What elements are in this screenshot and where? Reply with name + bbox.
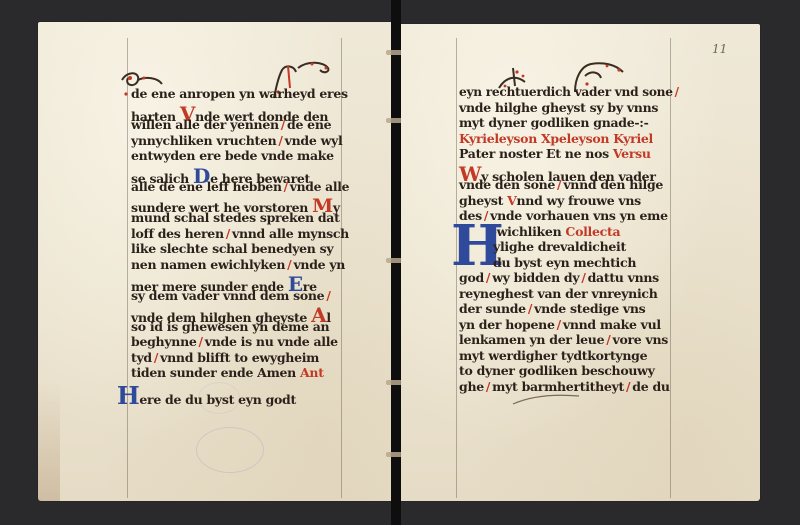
text-line: tiden sunder ende Amen Ant — [131, 365, 324, 380]
text-line: de ene anropen yn warheyd eres — [131, 86, 348, 101]
manuscript-spread: de ene anropen yn warheyd eres harten Vn… — [0, 0, 800, 525]
text-line: god/wy bidden dy/dattu vnns — [459, 270, 659, 285]
text-line: vnde den sone/vnnd den hilge — [459, 177, 663, 192]
rubric-antiphon: Ant — [300, 365, 324, 380]
text-line: alle de ene leff hebben/vnde alle — [131, 179, 349, 194]
text-line: gheyst Vnnd wy frouwe vns — [459, 193, 641, 208]
folio-number: 11 — [712, 42, 727, 56]
rubric-kyrie: Kyrieleyson Xpeleyson Kyriel — [459, 131, 653, 146]
left-page: de ene anropen yn warheyd eres harten Vn… — [38, 22, 391, 501]
right-margin-rule — [670, 38, 671, 498]
rubric-versus: Versu — [613, 146, 651, 161]
text-line: willen alle der yennen/de ene — [131, 117, 331, 132]
text-line: entwyden ere bede vnde make — [131, 148, 334, 163]
water-stain — [196, 427, 264, 473]
text-line: beghynne/vnde is nu vnde alle — [131, 334, 338, 349]
rubric-collecta: Collecta — [565, 224, 620, 239]
text-line: ylighe drevaldicheit — [493, 239, 626, 254]
text-line: so id is ghewesen yn deme an — [131, 319, 329, 334]
right-page: 11 eyn rechtuerdich vader vnd sone/ vnde… — [401, 24, 760, 501]
text-line: like slechte schal benedyen sy — [131, 241, 333, 256]
text-line: vnde hilghe gheyst sy by vnns — [459, 100, 658, 115]
text-line: to dyner godliken beschouwy — [459, 363, 655, 378]
text-line: nen namen ewichlyken/vnde yn — [131, 257, 345, 272]
text-line: reyneghest van der vnreynich — [459, 286, 658, 301]
text-line: mund schal stedes spreken dat — [131, 210, 340, 225]
left-margin-rule — [127, 38, 128, 498]
blue-initial: H — [117, 381, 139, 410]
text-line: ynnychliken vruchten/vnde wyl — [131, 133, 342, 148]
text-line: der sunde/vnde stedige vns — [459, 301, 645, 316]
text-line: tyd/vnnd blifft to ewygheim — [131, 350, 319, 365]
text-line: lenkamen yn der leue/vore vns — [459, 332, 668, 347]
pen-stroke-icon — [511, 392, 581, 406]
text-line: Pater noster Et ne nos Versu — [459, 146, 651, 161]
text-line: du byst eyn mechtich — [493, 255, 636, 270]
text-line: ewichliken Collecta — [489, 224, 620, 239]
text-line: yn der hopene/vnnd make vul — [459, 317, 661, 332]
text-line: myt werdigher tydtkortynge — [459, 348, 647, 363]
text-line: sy dem vader vnnd dem sone/ — [131, 288, 333, 303]
text-line: Here de du byst eyn godt — [131, 381, 296, 410]
text-line: eyn rechtuerdich vader vnd sone/ — [459, 84, 681, 99]
text-line: myt dyner godliken gnade-:- — [459, 115, 648, 130]
text-line: loff des heren/vnnd alle mynsch — [131, 226, 349, 241]
